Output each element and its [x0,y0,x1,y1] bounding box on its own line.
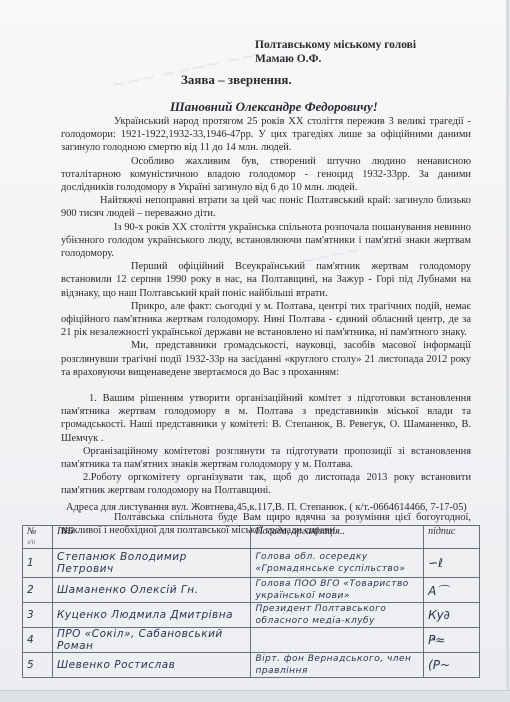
bleed-through-handwriting: ~~~ ~~~~ ~~ [109,45,257,96]
row-name: Шевенко Ростислав [52,653,251,678]
table-row: 4 ПРО «Сокіл», Сабановський Роман Ҏ≈ [23,628,480,653]
row-signature: Ку∂ [424,603,480,628]
paragraph: Особливо жахливим був, створений штучно … [61,155,471,195]
row-name: Куценко Людмила Дмитрівна [52,603,251,628]
header-position: Посада, організація.. [251,526,424,549]
table-header-row: №з/п ПІБ Посада, організація.. підпис [23,526,480,549]
paragraph: Український народ протягом 25 років XX с… [61,115,471,155]
handwritten-signature-icon: (P~ [428,658,450,672]
row-position: Голова ПОО ВГО «Товариство української м… [251,578,424,603]
row-signature: Ҏ≈ [424,628,480,653]
row-name: ПРО «Сокіл», Сабановський Роман [52,628,251,653]
row-name: Степанюк Володимир Петрович [52,549,251,578]
addressee-line: Полтавському міському голові [255,38,416,52]
request-item: Організаційному комітетові розглянути та… [61,445,471,471]
request-item: 1. Вашим рішенням утворити організаційни… [61,392,471,445]
row-position [251,628,424,653]
header-num-sub: з/п [27,538,48,546]
handwritten-signature-icon: ∽ℓ [428,556,443,570]
row-num: 3 [23,603,53,628]
row-num: 4 [23,628,53,653]
paragraph: Прикро, але факт: сьогодні у м. Полтава,… [61,300,471,340]
row-position: Президент Полтавського обласного медіа-к… [251,603,424,628]
request-item: 2.Роботу оргкомітету організувати так, щ… [61,471,471,497]
table-row: 1 Степанюк Володимир Петрович Голова обл… [23,549,480,578]
row-position: Вірт. фон Вернадського, член правління [251,653,424,678]
table-row: 2 Шаманенко Олексій Гн. Голова ПОО ВГО «… [23,578,480,603]
addressee-line: Мамаю О.Ф. [255,52,416,66]
handwritten-signature-icon: Ку∂ [428,608,450,622]
scan-bottom-edge [0,690,510,702]
document-title: Заява – звернення. [181,72,292,88]
row-name: Шаманенко Олексій Гн. [52,578,251,603]
row-position: Голова обл. осередку «Громадянське суспі… [251,549,424,578]
spacer [61,379,471,392]
header-name: ПІБ [52,526,251,549]
signature-table: №з/п ПІБ Посада, організація.. підпис 1 … [22,525,480,678]
handwritten-signature-icon: A⌒ [428,584,448,598]
paragraph: Ми, представники громадськості, науковці… [61,339,471,379]
header-num-label: № [27,526,36,537]
table-row: 5 Шевенко Ростислав Вірт. фон Вернадсько… [23,653,480,678]
table-row: 3 Куценко Людмила Дмитрівна Президент По… [23,603,480,628]
paragraph: Найтяжчі непоправні втрати за цей час по… [61,194,471,220]
correspondence-address: Адреса для листування вул. Жовтнева,45,к… [66,502,467,513]
row-num: 1 [23,549,53,578]
header-signature: підпис [424,526,480,549]
document-page: ~~~ ~~~~ ~~ ~~~~ ~~~ Полтавському місько… [0,0,509,690]
row-signature: ∽ℓ [424,549,480,578]
row-num: 2 [23,578,53,603]
salutation: Шановний Олександре Федоровичу! [170,99,378,115]
letter-body: Український народ протягом 25 років XX с… [61,115,471,537]
paragraph: Із 90-х років XX століття українська спі… [61,221,471,261]
paragraph: Перший офіційний Всеукраїнський пам'ятни… [61,260,471,300]
row-num: 5 [23,653,53,678]
handwritten-signature-icon: Ҏ≈ [428,633,445,647]
row-signature: (P~ [424,653,480,678]
header-num: №з/п [23,526,53,549]
row-signature: A⌒ [424,578,480,603]
addressee-block: Полтавському міському голові Мамаю О.Ф. [255,38,416,66]
